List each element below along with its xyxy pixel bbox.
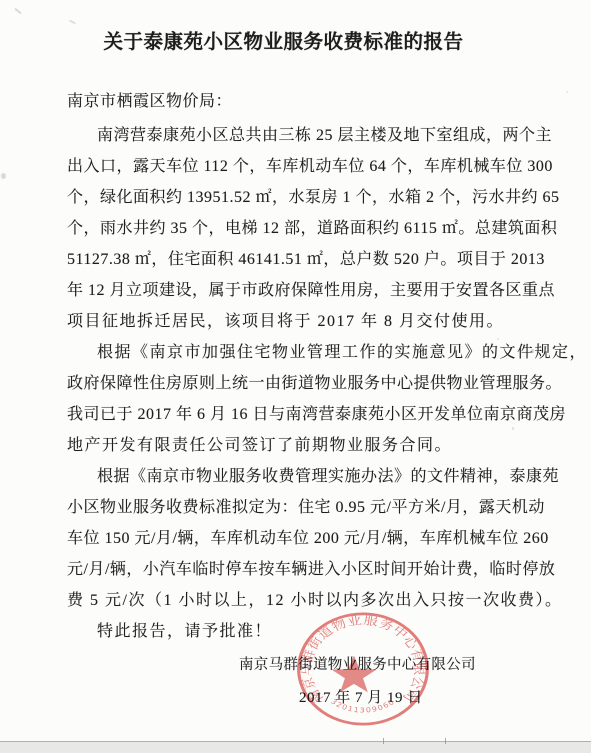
scan-speck	[566, 91, 568, 93]
body-line: 根据《南京市加强住宅物业管理工作的实施意见》的文件规定，	[67, 337, 522, 368]
scan-tick	[445, 738, 446, 744]
body-line: 我司已于 2017 年 6 月 16 日与南湾营泰康苑小区开发单位南京商茂房	[67, 399, 522, 430]
document-body: 南湾营泰康苑小区总共由三栋 25 层主楼及地下室组成，两个主 出入口，露天车位 …	[67, 120, 522, 647]
body-line: 出入口，露天车位 112 个，车库机动车位 64 个，车库机械车位 300	[67, 151, 522, 182]
scan-speck	[14, 8, 22, 15]
body-line: 元/月/辆，小汽车临时停车按车辆进入小区时间开始计费，临时停放	[67, 554, 522, 585]
closing-line: 特此报告，请予批准！	[67, 616, 522, 647]
scan-speck	[497, 338, 499, 340]
scan-tick	[383, 738, 384, 744]
scan-speck	[512, 427, 514, 430]
body-line: 南湾营泰康苑小区总共由三栋 25 层主楼及地下室组成，两个主	[67, 120, 522, 151]
scan-speck	[69, 19, 76, 24]
salutation-line: 南京市栖霞区物价局：	[67, 88, 232, 111]
document-title: 关于泰康苑小区物业服务收费标准的报告	[0, 26, 591, 54]
scan-speck	[531, 349, 534, 353]
scanned-document-page: 关于泰康苑小区物业服务收费标准的报告 南京市栖霞区物价局： 南湾营泰康苑小区总共…	[0, 0, 591, 753]
body-line: 个，绿化面积约 13951.52 ㎡，水泵房 1 个，水箱 2 个，污水井约 6…	[67, 182, 522, 213]
body-line: 根据《南京市物业服务收费管理实施办法》的文件精神，泰康苑	[67, 461, 522, 492]
body-line: 政府保障性住房原则上统一由街道物业服务中心提供物业管理服务。	[67, 368, 522, 399]
body-line: 地产开发有限责任公司签订了前期物业服务合同。	[67, 430, 522, 461]
body-line: 费 5 元/次（1 小时以上，12 小时以内多次出入只按一次收费）。	[67, 585, 522, 616]
signature-date: 2017 年 7 月 19 日	[299, 686, 423, 707]
body-line: 个，雨水井约 35 个，电梯 12 部，道路面积约 6115 ㎡。总建筑面积	[67, 213, 522, 244]
body-line: 51127.38 ㎡，住宅面积 46141.51 ㎡，总户数 520 户。项目于…	[67, 244, 522, 275]
scan-bottom-edge	[0, 741, 591, 753]
scan-speck	[1, 173, 6, 179]
body-line: 年 12 月立项建设，属于市政府保障性用房，主要用于安置各区重点	[67, 275, 522, 306]
body-line: 项目征地拆迁居民，该项目将于 2017 年 8 月交付使用。	[67, 306, 522, 337]
signature-company: 南京马群街道物业服务中心有限公司	[239, 653, 476, 674]
body-line: 车位 150 元/月/辆，车库机动车位 200 元/月/辆，车库机械车位 260	[67, 523, 522, 554]
body-line: 小区物业服务收费标准拟定为：住宅 0.95 元/平方米/月，露天机动	[67, 492, 522, 523]
